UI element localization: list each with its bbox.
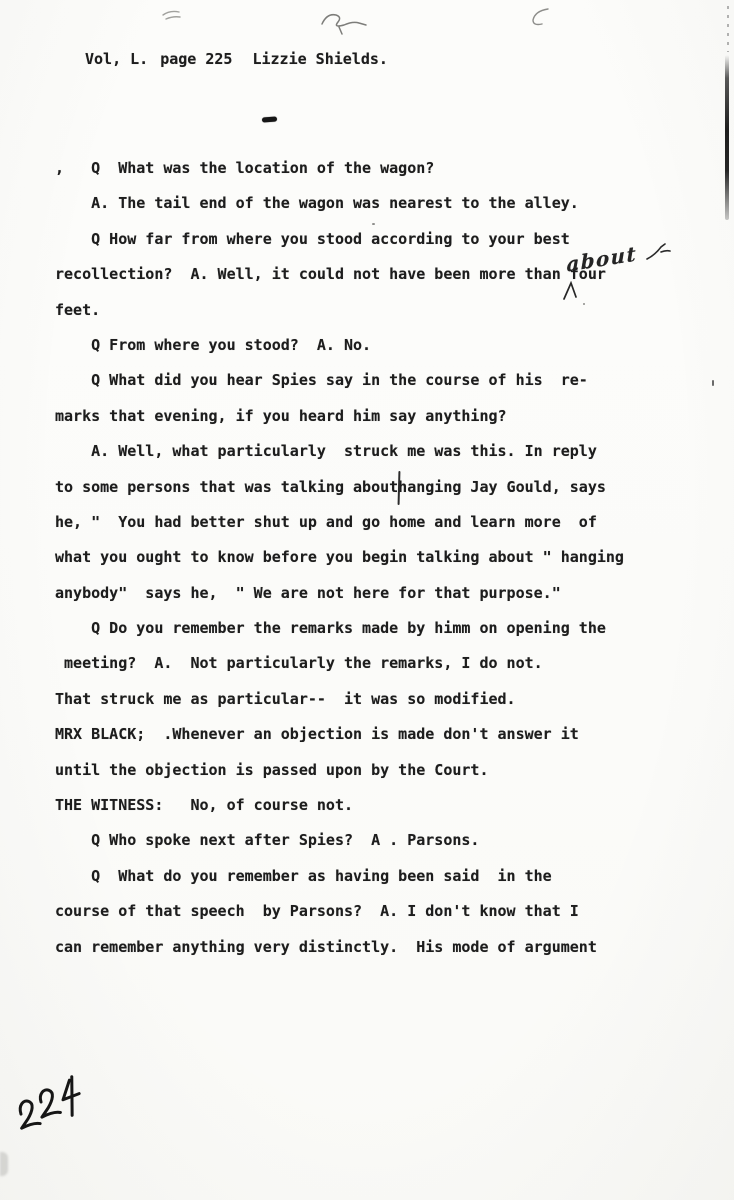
witness-name: Lizzie Shields. bbox=[252, 50, 387, 68]
ink-speck bbox=[372, 223, 375, 225]
transcript-line: Q What did you hear Spies say in the cou… bbox=[55, 363, 624, 398]
transcript-line: until the objection is passed upon by th… bbox=[55, 753, 624, 788]
transcript-line: marks that evening, if you heard him say… bbox=[55, 399, 624, 434]
transcript-line: Q What do you remember as having been sa… bbox=[55, 859, 624, 894]
transcript-line: he, " You had better shut up and go home… bbox=[55, 505, 624, 540]
transcript-line: what you ought to know before you begin … bbox=[55, 540, 624, 575]
pencil-mark-left bbox=[163, 11, 180, 19]
transcript-line: , Q What was the location of the wagon? bbox=[55, 151, 624, 186]
pencil-mark-center bbox=[322, 15, 366, 34]
transcript-line: THE WITNESS: No, of course not. bbox=[55, 788, 624, 823]
transcript-body: , Q What was the location of the wagon? … bbox=[55, 151, 624, 965]
transcript-line: anybody" says he, " We are not here for … bbox=[55, 576, 624, 611]
transcript-line: course of that speech by Parsons? A. I d… bbox=[55, 894, 624, 929]
corner-smudge bbox=[0, 1152, 8, 1176]
edge-speck bbox=[712, 380, 714, 386]
page-edge-shadow bbox=[725, 55, 729, 220]
transcript-line: Q How far from where you stood according… bbox=[55, 222, 624, 257]
handwriting-flourish bbox=[645, 243, 671, 263]
insertion-caret-mark bbox=[562, 281, 579, 300]
digit-4-stroke-a bbox=[60, 1079, 80, 1100]
transcript-line: That struck me as particular-- it was so… bbox=[55, 682, 624, 717]
transcript-line: A. Well, what particularly struck me was… bbox=[55, 434, 624, 469]
transcript-line: Q From where you stood? A. No. bbox=[55, 328, 624, 363]
ink-speck bbox=[583, 303, 585, 305]
digit-2-second bbox=[37, 1088, 61, 1117]
pencil-scribble-marks bbox=[0, 0, 734, 44]
volume-label: Vol, L. bbox=[85, 50, 148, 68]
transcript-line: can remember anything very distinctly. H… bbox=[55, 930, 624, 965]
handwritten-page-number bbox=[7, 1071, 96, 1141]
transcript-line: recollection? A. Well, it could not have… bbox=[55, 257, 624, 292]
transcript-line: meeting? A. Not particularly the remarks… bbox=[55, 646, 624, 681]
transcript-line: Q Who spoke next after Spies? A . Parson… bbox=[55, 823, 624, 858]
page-number-label: page 225 bbox=[160, 50, 232, 68]
pencil-mark-right bbox=[533, 9, 548, 25]
page-header: Vol, L. page 225 Lizzie Shields. bbox=[85, 50, 388, 68]
edge-shadow-dots bbox=[727, 6, 729, 52]
digit-2-first bbox=[17, 1099, 41, 1128]
transcript-line: to some persons that was talking aboutha… bbox=[55, 470, 624, 505]
transcript-line: MRX BLACK; .Whenever an objection is mad… bbox=[55, 717, 624, 752]
transcript-line: Q Do you remember the remarks made by hi… bbox=[55, 611, 624, 646]
transcript-line: A. The tail end of the wagon was nearest… bbox=[55, 186, 624, 221]
ink-dash-mark bbox=[262, 116, 277, 122]
scanned-document-page: Vol, L. page 225 Lizzie Shields. , Q Wha… bbox=[0, 0, 734, 1200]
transcript-line: feet. bbox=[55, 293, 624, 328]
